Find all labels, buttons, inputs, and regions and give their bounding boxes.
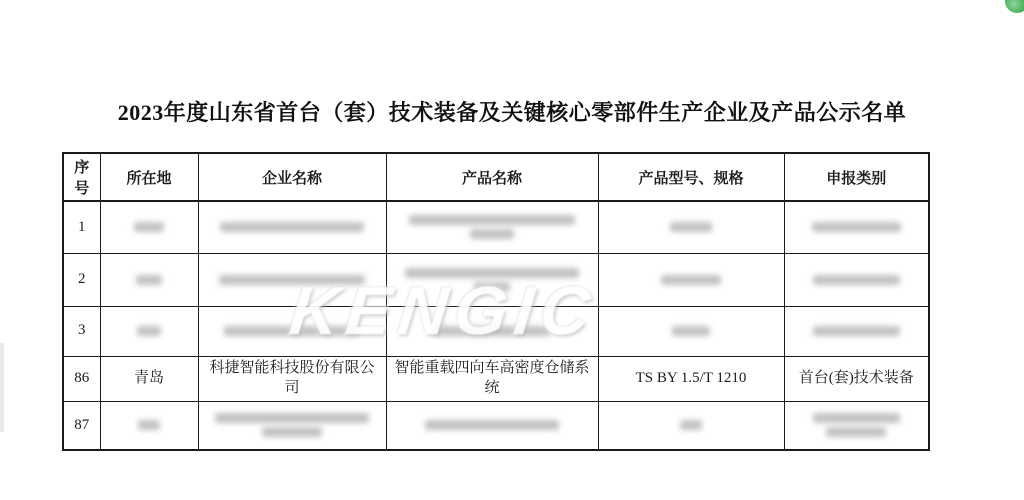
column-header-product: 产品名称 (386, 153, 598, 201)
redacted-text (215, 413, 369, 423)
cell-model (598, 201, 784, 253)
redacted-text (405, 268, 580, 278)
redacted-text (136, 275, 163, 285)
cell-category (784, 253, 929, 306)
redacted-text (409, 215, 575, 225)
cell-product: 智能重载四向车高密度仓储系统 (386, 356, 598, 401)
cell-company (198, 253, 386, 306)
table-header: 序号所在地企业名称产品名称产品型号、规格申报类别 (63, 153, 929, 201)
table-header-row: 序号所在地企业名称产品名称产品型号、规格申报类别 (63, 153, 929, 201)
cell-category (784, 401, 929, 450)
notice-table-grid: 序号所在地企业名称产品名称产品型号、规格申报类别 12386青岛科捷智能科技股份… (62, 152, 930, 451)
cell-product (386, 201, 598, 253)
redacted-text (670, 222, 712, 232)
redacted-text (137, 326, 160, 336)
cell-index: 1 (63, 201, 100, 253)
cell-index: 3 (63, 306, 100, 356)
table-row: 87 (63, 401, 929, 450)
notice-table: 序号所在地企业名称产品名称产品型号、规格申报类别 12386青岛科捷智能科技股份… (62, 152, 928, 451)
column-header-model: 产品型号、规格 (598, 153, 784, 201)
cell-model: TS BY 1.5/T 1210 (598, 356, 784, 401)
column-header-location: 所在地 (100, 153, 198, 201)
cell-index: 87 (63, 401, 100, 450)
redacted-text (813, 413, 900, 423)
redacted-text (813, 326, 900, 336)
cell-company (198, 306, 386, 356)
cell-index: 2 (63, 253, 100, 306)
redacted-text (813, 275, 900, 285)
redacted-text (672, 326, 711, 336)
cell-category: 首台(套)技术装备 (784, 356, 929, 401)
table-row: 86青岛科捷智能科技股份有限公司智能重载四向车高密度仓储系统TS BY 1.5/… (63, 356, 929, 401)
cell-location (100, 401, 198, 450)
redacted-text (433, 326, 551, 336)
table-body: 12386青岛科捷智能科技股份有限公司智能重载四向车高密度仓储系统TS BY 1… (63, 201, 929, 450)
redacted-text (219, 275, 366, 285)
cell-location (100, 253, 198, 306)
redacted-text (661, 275, 721, 285)
cell-product (386, 253, 598, 306)
cell-company: 科捷智能科技股份有限公司 (198, 356, 386, 401)
cell-category (784, 306, 929, 356)
column-header-company: 企业名称 (198, 153, 386, 201)
redacted-text (134, 222, 164, 232)
table-row: 3 (63, 306, 929, 356)
document-page: { "page": { "title": "2023年度山东省首台（套）技术装备… (0, 0, 1024, 500)
redacted-text (474, 282, 511, 292)
column-header-index: 序号 (63, 153, 100, 201)
redacted-text (220, 222, 363, 232)
page-title: 2023年度山东省首台（套）技术装备及关键核心零部件生产企业及产品公示名单 (0, 96, 1024, 127)
redacted-text (224, 326, 360, 336)
cell-model (598, 253, 784, 306)
cell-location (100, 201, 198, 253)
cell-company (198, 201, 386, 253)
redacted-text (262, 427, 323, 437)
redacted-text (812, 222, 901, 232)
redacted-text (138, 420, 159, 430)
cell-product (386, 306, 598, 356)
cell-category (784, 201, 929, 253)
column-header-category: 申报类别 (784, 153, 929, 201)
redacted-text (680, 420, 701, 430)
cell-index: 86 (63, 356, 100, 401)
cell-model (598, 306, 784, 356)
green-badge-icon (1005, 0, 1024, 13)
cell-company (198, 401, 386, 450)
cell-location (100, 306, 198, 356)
cell-model (598, 401, 784, 450)
redacted-text (470, 229, 515, 239)
cell-location: 青岛 (100, 356, 198, 401)
redacted-text (425, 420, 559, 430)
table-row: 2 (63, 253, 929, 306)
screen-edge-artifact (0, 343, 4, 432)
redacted-text (826, 427, 886, 437)
cell-product (386, 401, 598, 450)
table-row: 1 (63, 201, 929, 253)
